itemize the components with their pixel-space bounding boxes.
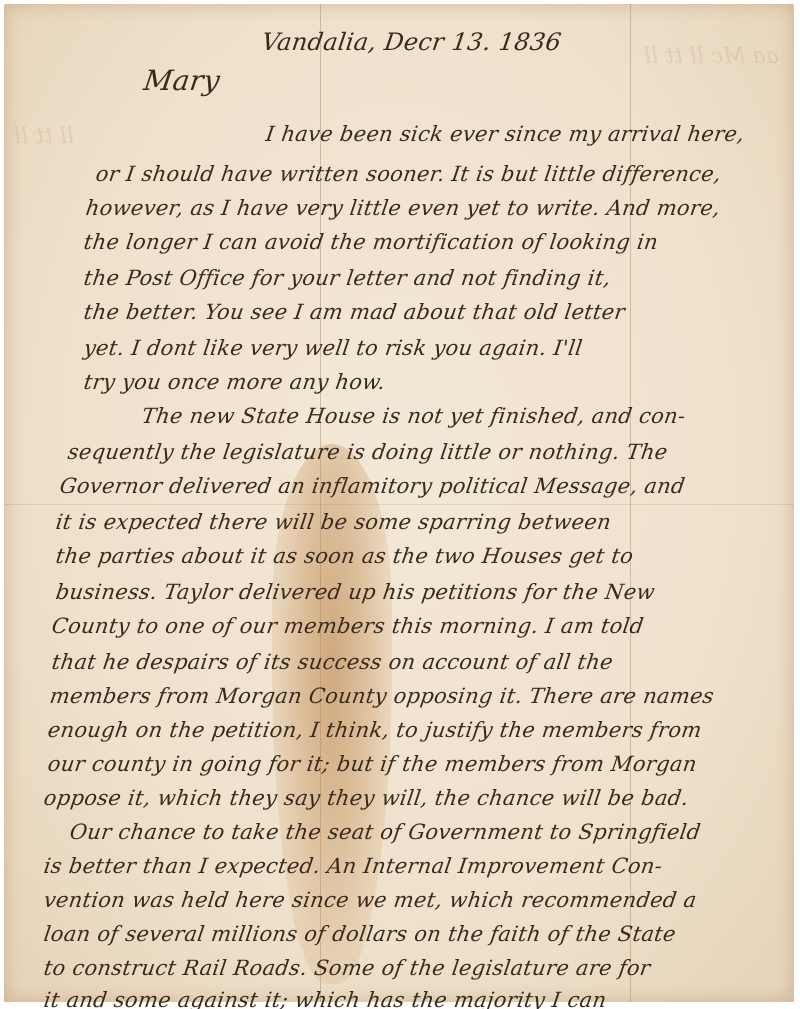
letter-line: the better. You see I am mad about that … (82, 300, 626, 324)
letter-line: the longer I can avoid the mortification… (82, 230, 659, 254)
letter-line: enough on the petition, I think, to just… (46, 718, 703, 742)
salutation: Mary (142, 64, 222, 97)
letter-line: loan of several millions of dollars on t… (42, 922, 677, 946)
bleed-through-text: ll tt ll (14, 124, 74, 149)
letter-line: yet. I dont like very well to risk you a… (82, 336, 584, 360)
letter-line: oppose it, which they say they will, the… (42, 786, 690, 810)
letter-line: Our chance to take the seat of Governmen… (68, 820, 702, 844)
fold-line-horizontal (4, 504, 794, 505)
letter-line: the Post Office for your letter and not … (82, 266, 612, 290)
letter-line: vention was held here since we met, whic… (42, 888, 698, 912)
letter-line: sequently the legislature is doing littl… (66, 440, 669, 464)
letter-line: Governor delivered an inflamitory politi… (58, 474, 686, 498)
letter-page: aa Mc ll tt ll ll tt ll Vandalia, Decr 1… (4, 4, 794, 1002)
letter-line: it and some against it; which has the ma… (42, 988, 608, 1009)
letter-line: County to one of our members this mornin… (50, 614, 645, 638)
letter-line: I have been sick ever since my arrival h… (264, 122, 746, 146)
letter-line: is better than I expected. An Internal I… (42, 854, 664, 878)
letter-line: members from Morgan County opposing it. … (48, 684, 715, 708)
letter-line: or I should have written sooner. It is b… (94, 162, 722, 186)
letter-line: to construct Rail Roads. Some of the leg… (42, 956, 652, 980)
letter-line: however, as I have very little even yet … (84, 196, 722, 220)
letter-line: The new State House is not yet finished,… (140, 404, 687, 428)
fold-line-right (630, 4, 631, 1002)
letter-line: it is expected there will be some sparri… (54, 510, 612, 534)
letter-line: business. Taylor delivered up his petiti… (54, 580, 656, 604)
dateline: Vandalia, Decr 13. 1836 (260, 28, 563, 56)
letter-line: the parties about it as soon as the two … (54, 544, 635, 568)
bleed-through-text: aa Mc ll tt ll (644, 44, 779, 69)
letter-line: our county in going for it; but if the m… (46, 752, 698, 776)
letter-line: try you once more any how. (82, 370, 387, 394)
letter-line: that he despairs of its success on accou… (50, 650, 614, 674)
